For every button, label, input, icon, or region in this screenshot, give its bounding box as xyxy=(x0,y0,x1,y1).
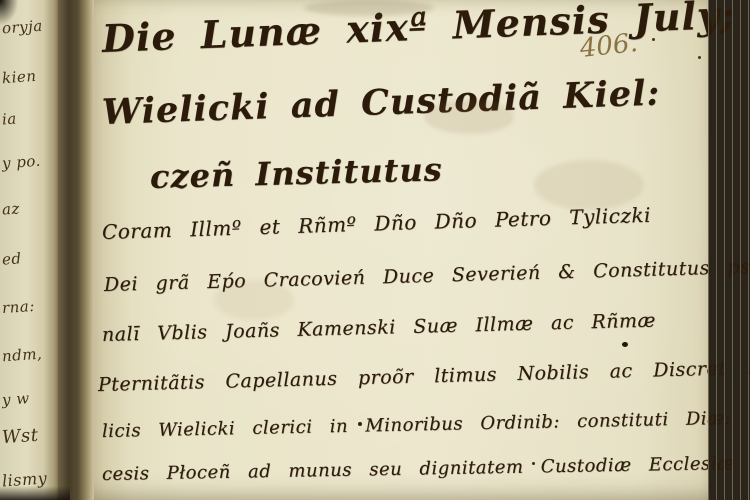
facing-page-text-fragment: y w xyxy=(1,389,30,409)
ink-spot xyxy=(358,422,362,426)
show-through-smudge xyxy=(214,280,294,320)
body-line: licis Wielicki clerici in Minoribus Ordi… xyxy=(102,408,731,442)
facing-page-text-fragment: ed xyxy=(1,249,22,268)
book-gutter-shadow xyxy=(58,0,94,500)
show-through-smudge xyxy=(304,0,434,16)
show-through-smudge xyxy=(534,160,644,210)
page-number: 406. xyxy=(578,28,639,64)
show-through-smudge xyxy=(424,100,514,134)
manuscript-photo: oryja kien ia y po. az ed rna: ndm, y w … xyxy=(0,0,750,500)
heading-line-2: Wielicki ad Custodiã Kiel: xyxy=(101,73,661,133)
body-line: Coram Illmº et Rñmº Dño Dño Petro Tylicz… xyxy=(102,203,652,244)
photo-corner-shadow xyxy=(0,0,22,30)
body-line: Pternitãtis Capellanus proõr ltimus Nobi… xyxy=(98,356,750,396)
facing-page-text-fragment: ndm, xyxy=(1,345,42,366)
ink-spot xyxy=(698,56,701,59)
facing-page-text-fragment: ia xyxy=(1,110,17,129)
facing-page-edge: oryja kien ia y po. az ed rna: ndm, y w … xyxy=(0,0,58,500)
photo-corner-shadow xyxy=(0,486,70,500)
facing-page-text-fragment: rna: xyxy=(1,297,35,317)
facing-page-text-fragment: az xyxy=(1,199,20,218)
body-line: Dei grã Eṕo Cracovień Duce Severień & Co… xyxy=(104,255,750,296)
body-line: nalī Vblis Joañs Kamenski Suæ Illmæ ac R… xyxy=(102,310,656,346)
facing-page-text-fragment: kien xyxy=(1,67,37,87)
facing-page-text-fragment: Wst xyxy=(1,425,39,448)
book-fore-edge-stripes xyxy=(708,0,750,500)
ink-spot xyxy=(652,38,655,41)
body-line: cesis Płoceñ ad munus seu dignitatem Cus… xyxy=(102,452,750,485)
ink-spot xyxy=(622,342,628,347)
heading-line-3: czeñ Institutus xyxy=(150,150,444,196)
manuscript-page: Die Lunæ xixª Mensis July; 406. Wielicki… xyxy=(94,0,708,500)
facing-page-text-fragment: y po. xyxy=(1,152,41,173)
ink-spot xyxy=(532,462,535,465)
